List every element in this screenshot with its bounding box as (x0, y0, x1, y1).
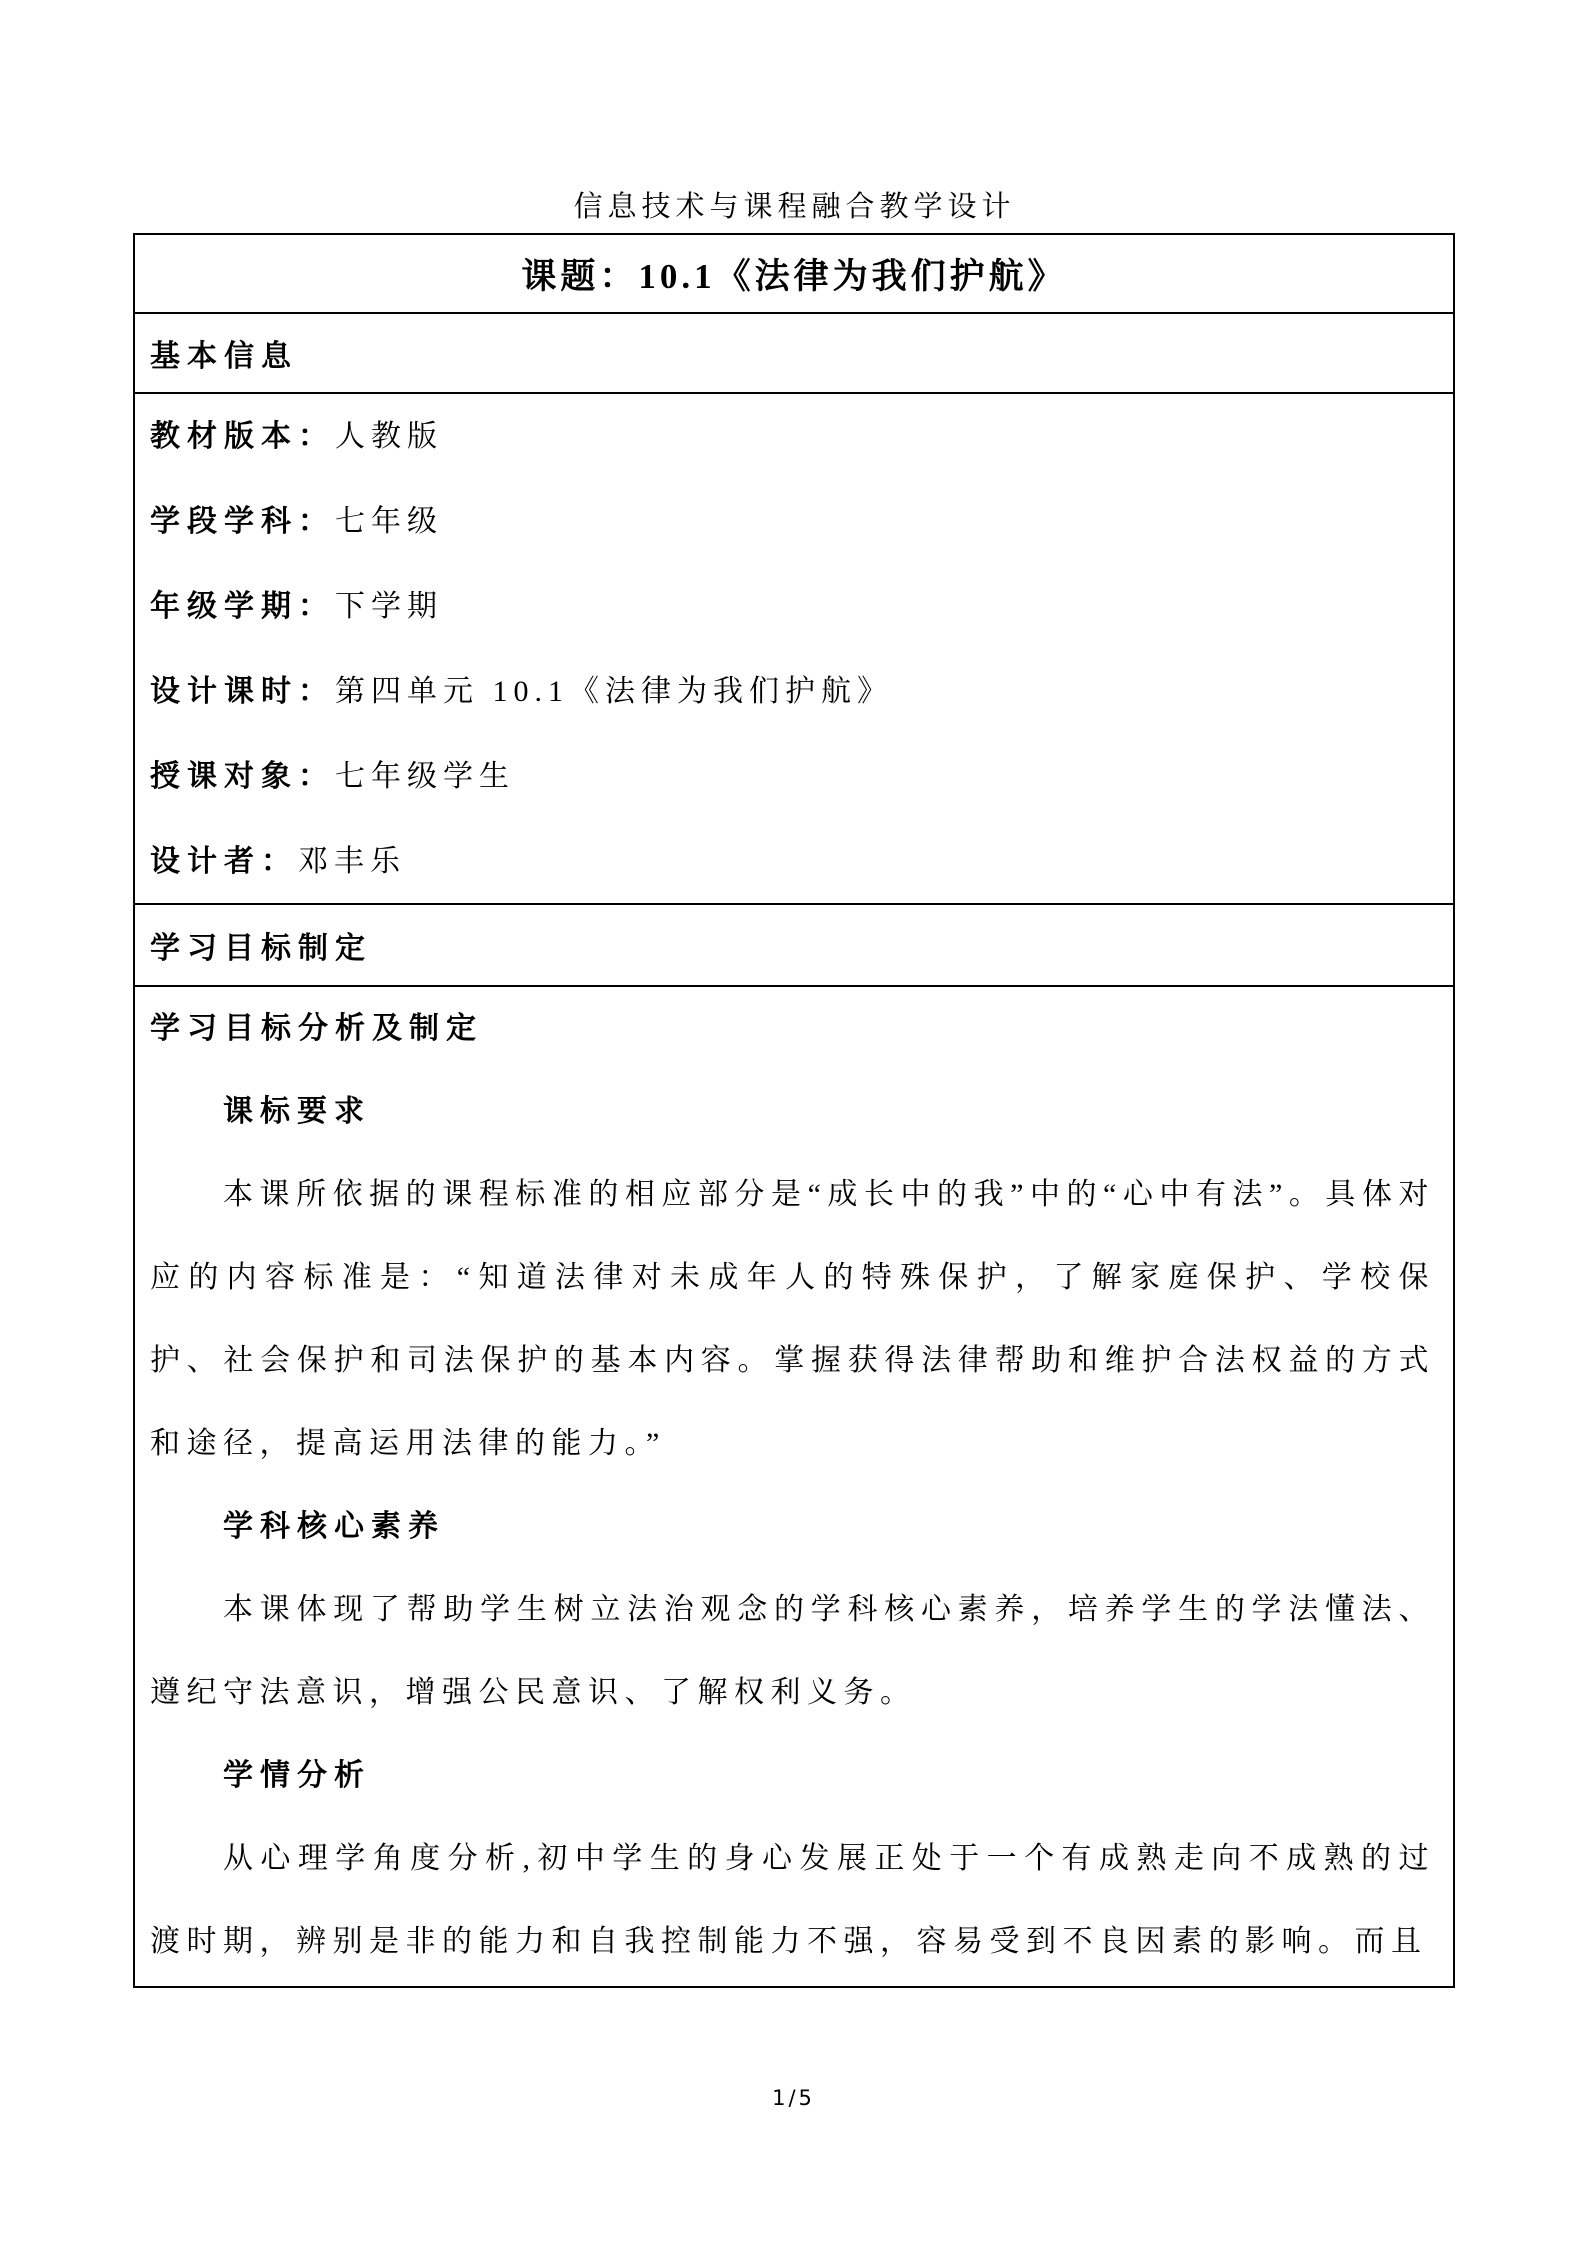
subheading-core-competency: 学科核心素养 (150, 1485, 1435, 1568)
paragraph-learner-analysis: 从心理学角度分析,初中学生的身心发展正处于一个有成熟走向不成熟的过渡时期，辨别是… (150, 1817, 1435, 1983)
section-header-objectives: 学习目标制定 (135, 905, 1453, 987)
info-value: 七年级 (335, 505, 443, 538)
table-title: 课题：10.1《法律为我们护航》 (135, 235, 1453, 314)
document-page: 信息技术与课程融合教学设计 课题：10.1《法律为我们护航》 基本信息 教材版本… (0, 0, 1587, 2245)
paragraph-core-competency: 本课体现了帮助学生树立法治观念的学科核心素养，培养学生的学法懂法、遵纪守法意识，… (150, 1568, 1435, 1734)
info-label: 设计者： (150, 845, 298, 878)
info-value: 邓丰乐 (298, 845, 406, 878)
info-value: 第四单元 10.1《法律为我们护航》 (335, 675, 893, 708)
info-value: 七年级学生 (335, 760, 515, 793)
page-number: 1/5 (0, 2086, 1587, 2110)
info-label: 年级学期： (150, 590, 335, 623)
basic-info-cell: 教材版本：人教版 学段学科：七年级 年级学期：下学期 设计课时：第四单元 10.… (135, 394, 1453, 905)
paragraph-curriculum-standard: 本课所依据的课程标准的相应部分是“成长中的我”中的“心中有法”。具体对应的内容标… (150, 1153, 1435, 1485)
info-line-semester: 年级学期：下学期 (150, 564, 1438, 649)
info-line-lesson: 设计课时：第四单元 10.1《法律为我们护航》 (150, 649, 1438, 734)
info-line-textbook: 教材版本：人教版 (150, 394, 1438, 479)
info-label: 授课对象： (150, 760, 335, 793)
info-label: 设计课时： (150, 675, 335, 708)
info-label: 教材版本： (150, 420, 335, 453)
subheading-curriculum-standard: 课标要求 (150, 1070, 1435, 1153)
subheading-learner-analysis: 学情分析 (150, 1734, 1435, 1817)
info-line-grade-subject: 学段学科：七年级 (150, 479, 1438, 564)
objectives-analysis-heading: 学习目标分析及制定 (150, 987, 1435, 1070)
objectives-content-cell: 学习目标分析及制定 课标要求 本课所依据的课程标准的相应部分是“成长中的我”中的… (135, 987, 1453, 1986)
info-line-designer: 设计者：邓丰乐 (150, 819, 1438, 904)
info-value: 人教版 (335, 420, 443, 453)
info-value: 下学期 (335, 590, 443, 623)
document-header-title: 信息技术与课程融合教学设计 (134, 182, 1455, 232)
info-line-audience: 授课对象：七年级学生 (150, 734, 1438, 819)
info-label: 学段学科： (150, 505, 335, 538)
lesson-design-table: 课题：10.1《法律为我们护航》 基本信息 教材版本：人教版 学段学科：七年级 … (133, 233, 1455, 1988)
section-header-basic-info: 基本信息 (135, 314, 1453, 394)
